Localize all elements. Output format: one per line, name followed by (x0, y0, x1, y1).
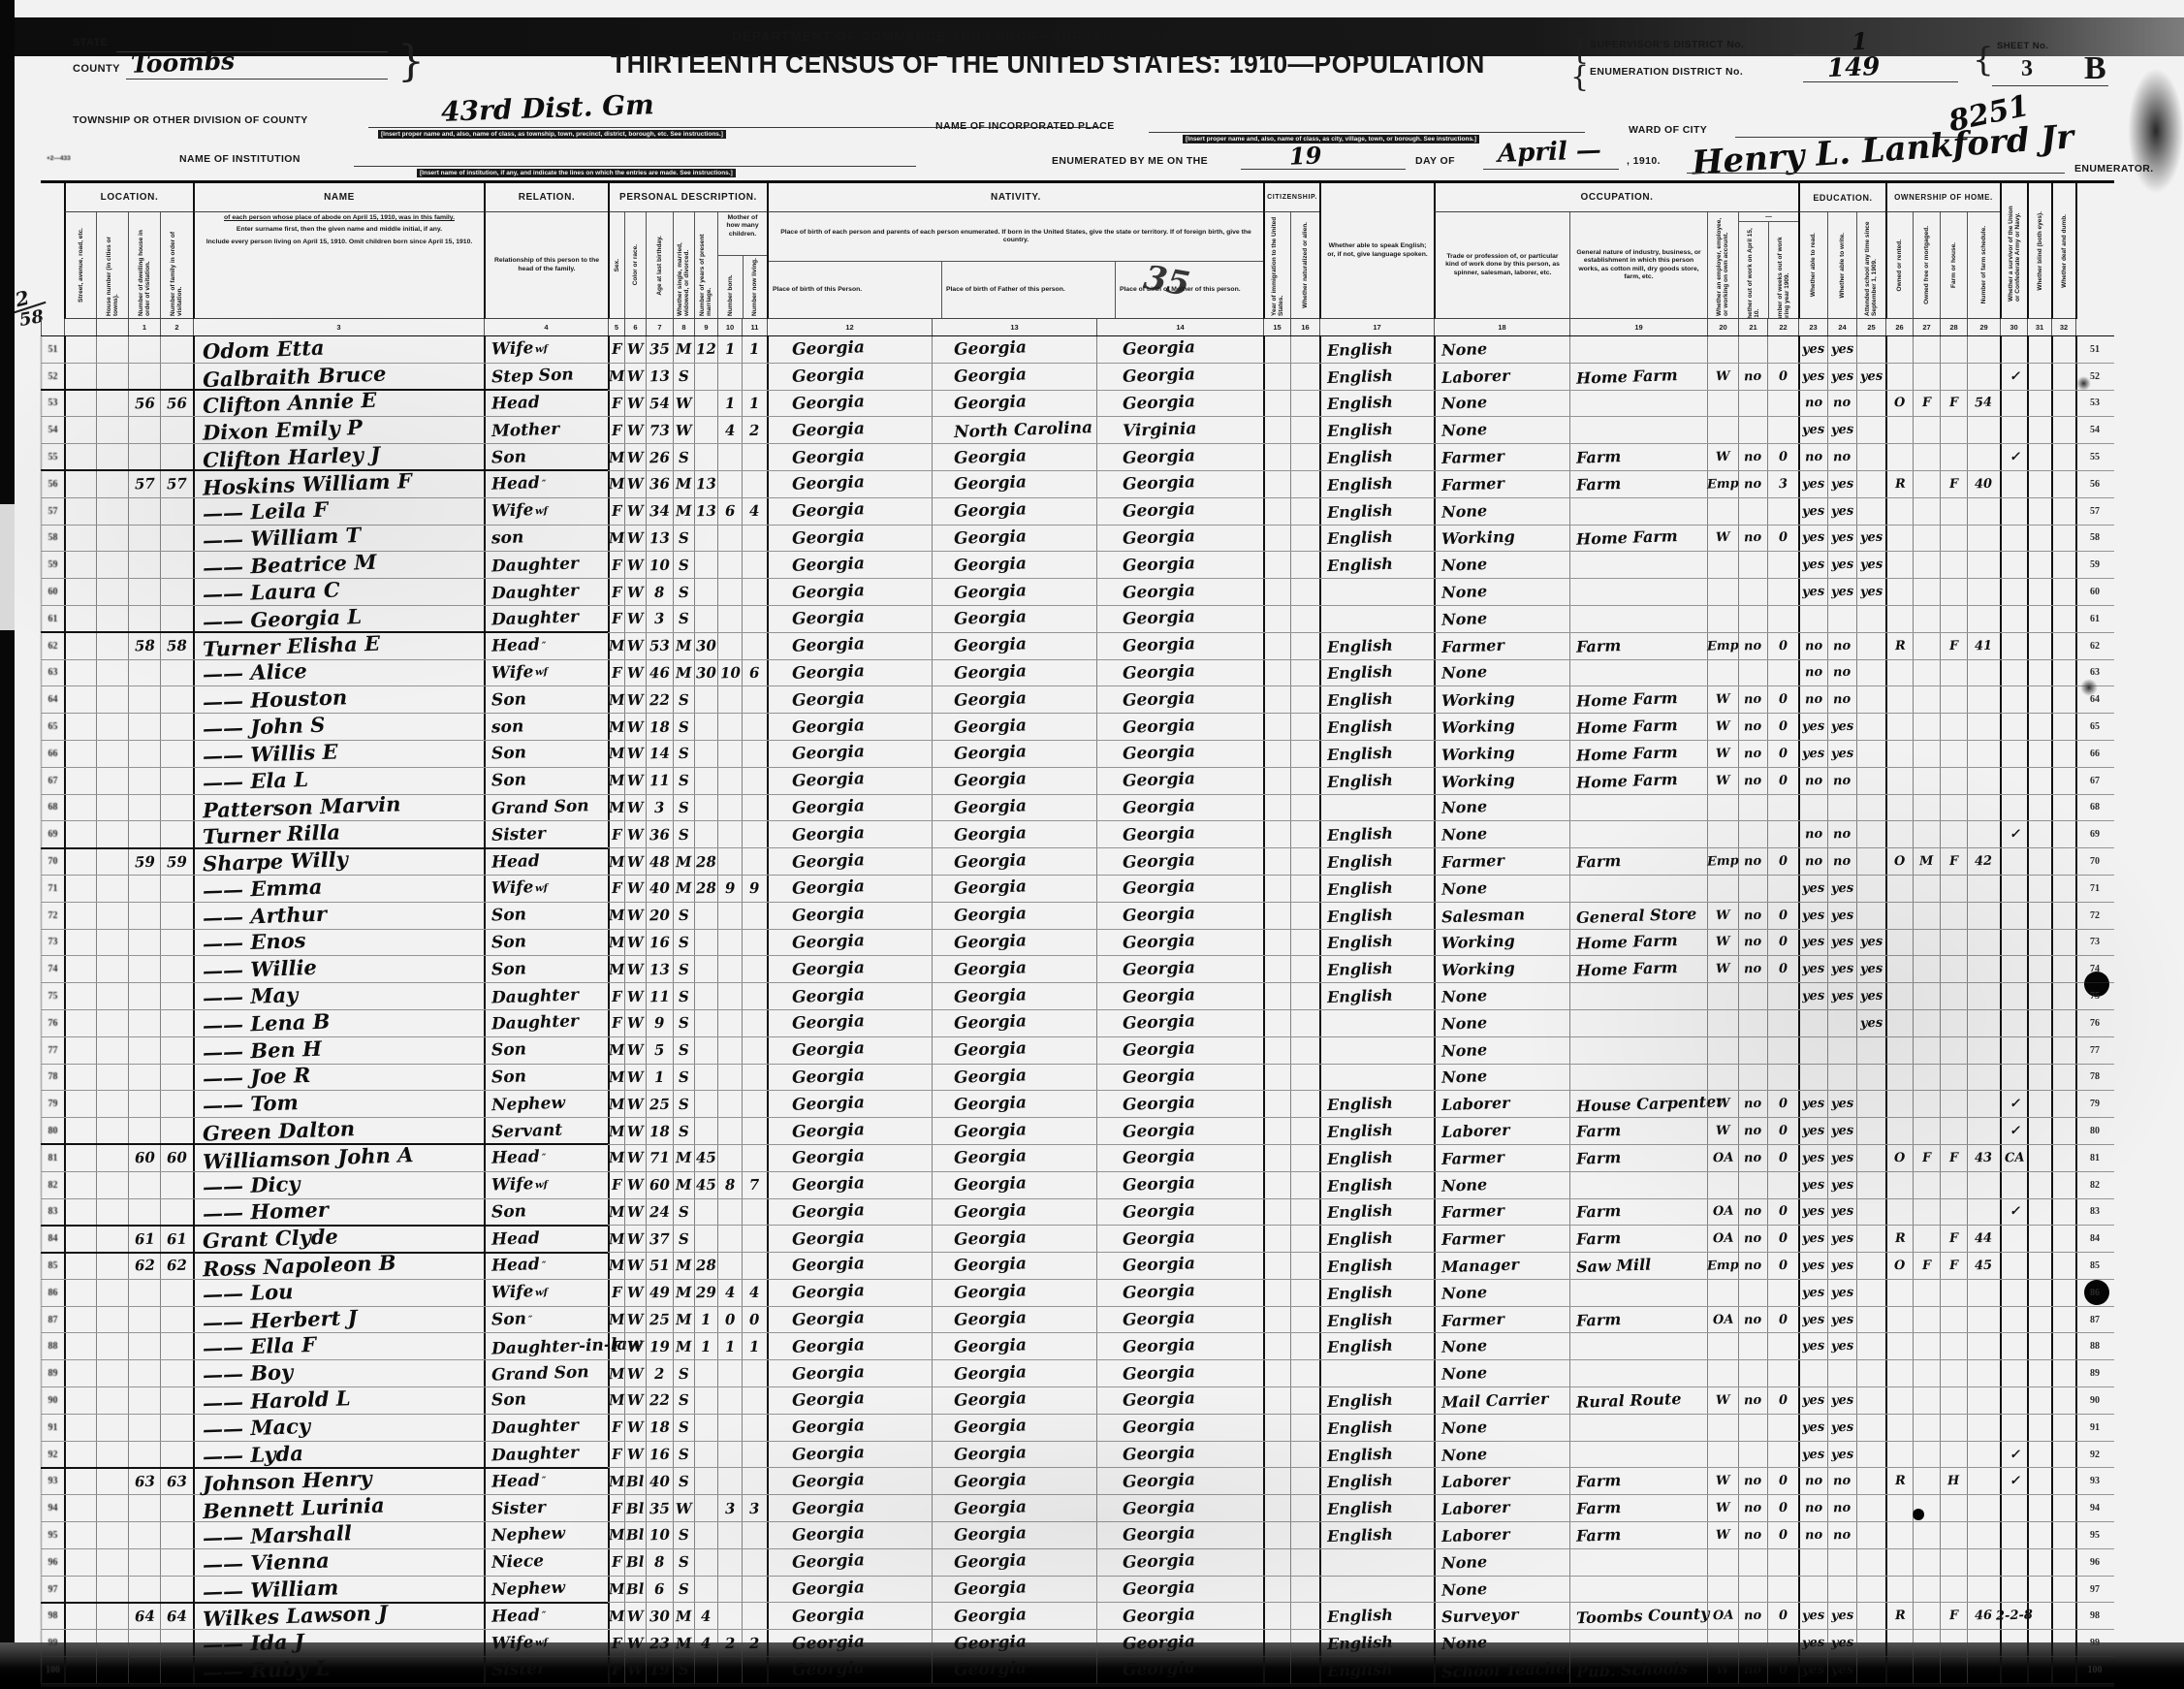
cell-age: 9 (646, 1010, 673, 1036)
cell-employer-class (1707, 983, 1738, 1009)
cell-naturalized (1290, 1495, 1319, 1521)
table-row: 98 64 64 Wilkes Lawson J Head″ M W 30 M … (41, 1603, 2114, 1630)
cell-children-living (742, 1657, 767, 1683)
cell-years-married (694, 903, 717, 929)
language-value: English (1321, 1094, 1393, 1115)
industry-value: Farm (1570, 1525, 1622, 1546)
cell-relation: Wifewf (484, 1280, 608, 1306)
language-value: English (1321, 770, 1393, 791)
cell-street (64, 876, 96, 902)
cell-naturalized (1290, 930, 1319, 956)
person-name-value: Turner Rilla (195, 820, 341, 849)
line-number-left: 59 (41, 552, 64, 578)
cell-mother-birthplace: Georgia (1096, 876, 1263, 902)
cell-marital: S (673, 1226, 694, 1252)
relation-value: Nephew (486, 1578, 566, 1601)
cell-free-mortgaged (1913, 714, 1940, 740)
cell-can-read (1798, 1549, 1827, 1576)
father-birthplace-value: Georgia (933, 1335, 1028, 1357)
cell-family-number (160, 903, 193, 929)
birthplace-value: Georgia (769, 1147, 866, 1169)
cell-can-write: yes (1827, 579, 1856, 605)
column-header-color-race: Color or race. (624, 212, 646, 319)
cell-blind (2027, 552, 2051, 578)
sex-value: M (609, 772, 625, 790)
cell-owned-rented (1885, 1630, 1913, 1656)
industry-value: Home Farm (1570, 931, 1678, 953)
can-read-value: no (1805, 665, 1823, 681)
cell-blind (2027, 1091, 2051, 1117)
cell-mother-birthplace: Georgia (1096, 1442, 1263, 1468)
enumeration-district-value: 149 (1826, 52, 1880, 83)
weeks-out-value: 0 (1779, 962, 1788, 976)
cell-can-write (1827, 1010, 1856, 1036)
color-value: W (627, 1391, 644, 1410)
age-value: 5 (654, 1041, 665, 1059)
cell-can-read: no (1798, 660, 1827, 686)
can-write-value: yes (1831, 935, 1854, 950)
cell-color: W (624, 848, 646, 875)
cell-name: —— Lou (193, 1280, 484, 1306)
cell-attended-school (1856, 1091, 1885, 1117)
father-birthplace-value: Georgia (933, 581, 1028, 603)
cell-weeks-out (1767, 1360, 1798, 1386)
cell-children-born (717, 1442, 742, 1468)
cell-industry: Farm (1569, 1522, 1707, 1548)
weeks-out-value: 0 (1779, 1204, 1788, 1219)
age-value: 16 (649, 1446, 670, 1464)
name-note-3: Include every person living on April 15,… (203, 237, 476, 248)
cell-industry: Farm (1569, 444, 1707, 470)
cell-can-write: yes (1827, 1387, 1856, 1414)
mother-birthplace-value: Georgia (1097, 850, 1196, 874)
cell-relation: Daughter (484, 1415, 608, 1441)
father-birthplace-value: Georgia (933, 1417, 1028, 1439)
cell-weeks-out: 3 (1767, 471, 1798, 497)
cell-street (64, 1387, 96, 1414)
cell-can-write: yes (1827, 1118, 1856, 1144)
cell-free-mortgaged (1913, 1630, 1940, 1656)
cell-veteran (2000, 1387, 2027, 1414)
cell-veteran (2000, 1065, 2027, 1091)
employer-class-value: W (1716, 1501, 1730, 1516)
cell-can-read: yes (1798, 552, 1827, 578)
mother-birthplace-value: Georgia (1097, 769, 1196, 792)
father-birthplace-value: Georgia (933, 716, 1028, 738)
relation-superscript: wf (535, 1638, 548, 1648)
weeks-out-value: 0 (1779, 1663, 1788, 1677)
relation-superscript: wf (535, 1288, 548, 1298)
cell-attended-school (1856, 336, 1885, 363)
person-name-value: —— Lena B (195, 1008, 331, 1037)
cell-veteran (2000, 876, 2027, 902)
column-number: 25 (1856, 319, 1885, 335)
cell-immigration-year (1263, 1307, 1290, 1333)
cell-children-living (742, 686, 767, 713)
out-of-work-value: no (1744, 1259, 1762, 1274)
cell-blind (2027, 1360, 2051, 1386)
cell-years-married: 12 (694, 336, 717, 363)
cell-blind (2027, 1415, 2051, 1441)
cell-immigration-year (1263, 1657, 1290, 1683)
relation-value: Daughter (486, 608, 580, 630)
occupation-value: None (1436, 1067, 1488, 1087)
cell-dwelling-number: 64 (128, 1603, 160, 1629)
cell-dwelling-number: 59 (128, 848, 160, 875)
color-value: W (627, 1203, 644, 1222)
cell-name: Odom Etta (193, 336, 484, 363)
cell-weeks-out: 0 (1767, 686, 1798, 713)
cell-owned-rented (1885, 903, 1913, 929)
cell-father-birthplace: Georgia (932, 1118, 1096, 1144)
cell-birthplace: Georgia (767, 1253, 932, 1279)
relation-value: Grand Son (486, 796, 589, 819)
person-name-value: Clifton Harley J (195, 442, 381, 473)
cell-veteran (2000, 417, 2027, 443)
cell-age: 37 (646, 1226, 673, 1252)
column-number: 30 (2000, 319, 2027, 335)
cell-naturalized (1290, 1253, 1319, 1279)
cell-can-read: no (1798, 1495, 1827, 1521)
relation-superscript: ″ (542, 479, 547, 490)
cell-house-number (96, 1280, 128, 1306)
birthplace-value: Georgia (769, 877, 866, 900)
table-row: 85 62 62 Ross Napoleon B Head″ M W 51 M … (41, 1253, 2114, 1280)
cell-children-living: 7 (742, 1172, 767, 1198)
cell-family-number: 59 (160, 848, 193, 875)
cell-attended-school (1856, 795, 1885, 821)
cell-years-married (694, 364, 717, 390)
cell-immigration-year (1263, 1360, 1290, 1386)
language-value: English (1321, 932, 1393, 953)
sex-value: M (609, 852, 625, 871)
cell-industry: Home Farm (1569, 768, 1707, 794)
cell-dwelling-number (128, 364, 160, 390)
cell-can-write: yes (1827, 1442, 1856, 1468)
relation-value: Sister (486, 1659, 547, 1680)
occupation-value: Farmer (1436, 635, 1504, 655)
cell-sex: M (608, 444, 624, 470)
cell-family-number: 56 (160, 391, 193, 417)
cell-mother-birthplace: Georgia (1096, 1226, 1263, 1252)
cell-house-number (96, 1333, 128, 1359)
cell-farm-house (1940, 1199, 1967, 1226)
cell-children-born: 10 (717, 660, 742, 686)
person-name-value: Sharpe Willy (195, 846, 349, 876)
table-row: 96 —— Vienna Niece F Bl 8 S Georgia Geor… (41, 1549, 2114, 1577)
cell-marital: S (673, 1657, 694, 1683)
cell-veteran (2000, 1280, 2027, 1306)
cell-dwelling-number (128, 526, 160, 552)
cell-relation: son (484, 714, 608, 740)
cell-deaf (2051, 1307, 2075, 1333)
cell-street (64, 1495, 96, 1521)
cell-street (64, 983, 96, 1009)
language-value: English (1321, 527, 1393, 549)
cell-weeks-out (1767, 983, 1798, 1009)
cell-veteran (2000, 795, 2027, 821)
cell-deaf (2051, 1415, 2075, 1441)
birthplace-value: Georgia (769, 1038, 866, 1061)
relation-value: Son (486, 905, 527, 925)
cell-house-number (96, 1226, 128, 1252)
birthplace-value: Georgia (769, 526, 866, 549)
cell-language: English (1319, 876, 1434, 902)
mother-birthplace-value: Georgia (1097, 1173, 1196, 1196)
line-number-left: 99 (41, 1630, 64, 1656)
cell-sex: M (608, 848, 624, 875)
cell-marital: M (673, 633, 694, 659)
cell-can-read: no (1798, 686, 1827, 713)
cell-blind (2027, 1522, 2051, 1548)
mother-birthplace-value: Georgia (1097, 823, 1196, 846)
cell-birthplace: Georgia (767, 1199, 932, 1226)
cell-age: 36 (646, 821, 673, 847)
cell-immigration-year (1263, 633, 1290, 659)
cell-marital: S (673, 1577, 694, 1603)
cell-weeks-out (1767, 552, 1798, 578)
line-number-left: 93 (41, 1468, 64, 1494)
column-header-farm-house: Farm or house. (1940, 212, 1967, 319)
cell-can-write: no (1827, 660, 1856, 686)
cell-free-mortgaged (1913, 526, 1940, 552)
cell-birthplace: Georgia (767, 1280, 932, 1306)
owned-rented-value: R (1894, 1474, 1905, 1488)
cell-relation: Wifewf (484, 876, 608, 902)
cell-birthplace: Georgia (767, 417, 932, 443)
cell-farm-schedule: 42 (1967, 848, 2000, 875)
age-value: 25 (649, 1095, 670, 1113)
cell-street (64, 768, 96, 794)
cell-attended-school: yes (1856, 552, 1885, 578)
cell-deaf (2051, 821, 2075, 847)
cell-blind (2027, 1226, 2051, 1252)
cell-age: 8 (646, 1549, 673, 1576)
father-birthplace-value: Georgia (933, 931, 1028, 953)
cell-out-of-work: no (1738, 930, 1767, 956)
cell-dwelling-number (128, 498, 160, 525)
dwelling-number-value: 62 (134, 1257, 154, 1275)
cell-attended-school (1856, 1037, 1885, 1064)
cell-veteran (2000, 498, 2027, 525)
cell-industry: Home Farm (1569, 364, 1707, 390)
line-number-right: 100 (2075, 1657, 2112, 1683)
cell-can-read: no (1798, 1468, 1827, 1494)
cell-mother-birthplace: Georgia (1096, 1468, 1263, 1494)
cell-industry (1569, 1172, 1707, 1198)
cell-industry: Farm (1569, 1307, 1707, 1333)
cell-language: English (1319, 1387, 1434, 1414)
industry-value: Farm (1570, 1121, 1622, 1141)
mother-birthplace-value: Georgia (1097, 1282, 1196, 1305)
cell-marital: S (673, 526, 694, 552)
cell-color: Bl (624, 1495, 646, 1521)
occupation-value: Laborer (1436, 366, 1510, 387)
cell-children-born (717, 930, 742, 956)
cell-employer-class: W (1707, 714, 1738, 740)
relation-value: Son (486, 447, 527, 467)
marital-value: M (676, 1608, 692, 1626)
cell-can-write: yes (1827, 1091, 1856, 1117)
blind-column-label: Whether blind (both eyes). (2037, 209, 2043, 293)
column-number: 14 (1096, 319, 1263, 335)
cell-immigration-year (1263, 1010, 1290, 1036)
cell-free-mortgaged (1913, 1280, 1940, 1306)
cell-years-married: 28 (694, 876, 717, 902)
cell-employer-class (1707, 1442, 1738, 1468)
cell-dwelling-number (128, 876, 160, 902)
cell-sex: F (608, 417, 624, 443)
cell-owned-rented (1885, 768, 1913, 794)
cell-language: English (1319, 1415, 1434, 1441)
years-married-value: 4 (701, 1634, 712, 1651)
relation-value: Wife (486, 339, 534, 361)
cell-deaf (2051, 1468, 2075, 1494)
line-number-left: 58 (41, 526, 64, 552)
cell-children-living (742, 1577, 767, 1603)
cell-children-born: 3 (717, 1495, 742, 1521)
cell-age: 48 (646, 848, 673, 875)
col-number-row: 1234567891011121314151617181920212223242… (41, 319, 2114, 336)
mother-birthplace-value: Georgia (1097, 743, 1196, 766)
occupation-value: None (1436, 1363, 1488, 1384)
cell-immigration-year (1263, 1199, 1290, 1226)
cell-veteran: ✓ (2000, 1442, 2027, 1468)
cell-blind (2027, 983, 2051, 1009)
cell-blind (2027, 633, 2051, 659)
cell-father-birthplace: Georgia (932, 1037, 1096, 1064)
cell-weeks-out (1767, 1010, 1798, 1036)
cell-name: Wilkes Lawson J (193, 1603, 484, 1629)
cell-mother-birthplace: Georgia (1096, 714, 1263, 740)
cell-age: 3 (646, 606, 673, 632)
column-header-name-notes: of each person whose place of abode on A… (193, 212, 484, 319)
line-number-left: 57 (41, 498, 64, 525)
cell-family-number (160, 1495, 193, 1521)
cell-mother-birthplace: Georgia (1096, 768, 1263, 794)
cell-blind (2027, 1065, 2051, 1091)
cell-street (64, 1226, 96, 1252)
cell-farm-schedule (1967, 1630, 2000, 1656)
cell-children-born (717, 1226, 742, 1252)
cell-occupation: Manager (1434, 1253, 1569, 1279)
language-value: English (1321, 662, 1393, 684)
industry-value: Farm (1570, 851, 1622, 872)
cell-employer-class: W (1707, 956, 1738, 982)
cell-name: Galbraith Bruce (193, 364, 484, 390)
table-row: 70 59 59 Sharpe Willy Head M W 48 M 28 G… (41, 848, 2114, 876)
cell-street (64, 1577, 96, 1603)
industry-value: House Carpenter (1570, 1092, 1725, 1116)
cell-veteran: 2-2-8 (2000, 1603, 2027, 1629)
cell-children-born: 9 (717, 876, 742, 902)
cell-name: Hoskins William F (193, 471, 484, 497)
cell-language: English (1319, 1145, 1434, 1171)
cell-marital: S (673, 606, 694, 632)
cell-out-of-work: no (1738, 1307, 1767, 1333)
color-value: W (627, 1149, 644, 1167)
weeks-out-value: 0 (1779, 1124, 1788, 1138)
cell-house-number (96, 1577, 128, 1603)
cell-relation: Son (484, 741, 608, 767)
cell-out-of-work: no (1738, 1118, 1767, 1144)
cell-father-birthplace: North Carolina (932, 417, 1096, 443)
cell-sex: M (608, 526, 624, 552)
language-value: English (1321, 474, 1393, 495)
cell-blind (2027, 768, 2051, 794)
color-value: W (627, 1257, 644, 1275)
out-of-work-value: no (1744, 1312, 1762, 1327)
cell-family-number (160, 1118, 193, 1144)
cell-attended-school (1856, 498, 1885, 525)
cell-can-write (1827, 795, 1856, 821)
can-read-value: no (1805, 1528, 1823, 1544)
farm-house-value: F (1949, 477, 1959, 492)
cell-name: —— Willie (193, 956, 484, 982)
cell-children-living (742, 1415, 767, 1441)
cell-can-read: yes (1798, 1118, 1827, 1144)
cell-name: —— Emma (193, 876, 484, 902)
cell-sex: F (608, 579, 624, 605)
cell-language: English (1319, 903, 1434, 929)
cell-blind (2027, 579, 2051, 605)
cell-owned-rented (1885, 1037, 1913, 1064)
cell-age: 60 (646, 1172, 673, 1198)
cell-deaf (2051, 903, 2075, 929)
cell-house-number (96, 417, 128, 443)
sex-value: F (612, 583, 622, 600)
cell-deaf (2051, 498, 2075, 525)
cell-immigration-year (1263, 1603, 1290, 1629)
cell-birthplace: Georgia (767, 1145, 932, 1171)
cell-veteran (2000, 391, 2027, 417)
age-value: 8 (654, 1553, 665, 1571)
can-read-value: no (1805, 827, 1823, 843)
children-living-value: 7 (749, 1176, 760, 1194)
employer-class-value: W (1716, 1097, 1730, 1112)
age-value: 53 (649, 637, 670, 655)
industry-value: Pub. Schools (1570, 1659, 1689, 1681)
cell-children-living: 1 (742, 1333, 767, 1359)
veteran-column-label: Whether a survivor of the Union or Confe… (2008, 199, 2021, 303)
occupation-value: Working (1436, 689, 1515, 711)
cell-father-birthplace: Georgia (932, 1307, 1096, 1333)
cell-age: 8 (646, 579, 673, 605)
cell-out-of-work: no (1738, 471, 1767, 497)
cell-family-number (160, 364, 193, 390)
cell-family-number (160, 1172, 193, 1198)
relation-value: Daughter (486, 581, 580, 603)
cell-family-number (160, 1091, 193, 1117)
cell-attended-school (1856, 903, 1885, 929)
cell-naturalized (1290, 526, 1319, 552)
cell-farm-house (1940, 956, 1967, 982)
veteran-value: CA (2005, 1150, 2025, 1165)
line-number-right: 59 (2075, 552, 2112, 578)
cell-attended-school (1856, 1522, 1885, 1548)
supervisor-district-label: SUPERVISOR'S DISTRICT No. (1590, 39, 1744, 50)
color-value: Bl (626, 1499, 645, 1517)
table-row: 58 —— William T son M W 13 S Georgia Geo… (41, 526, 2114, 553)
sex-value: F (612, 879, 622, 897)
employer-class-value: W (1716, 1393, 1730, 1409)
cell-birthplace: Georgia (767, 1603, 932, 1629)
years-married-value: 4 (701, 1608, 712, 1625)
cell-father-birthplace: Georgia (932, 336, 1096, 363)
marital-value: S (679, 557, 689, 574)
line-number-left: 63 (41, 660, 64, 686)
cell-street (64, 1522, 96, 1548)
